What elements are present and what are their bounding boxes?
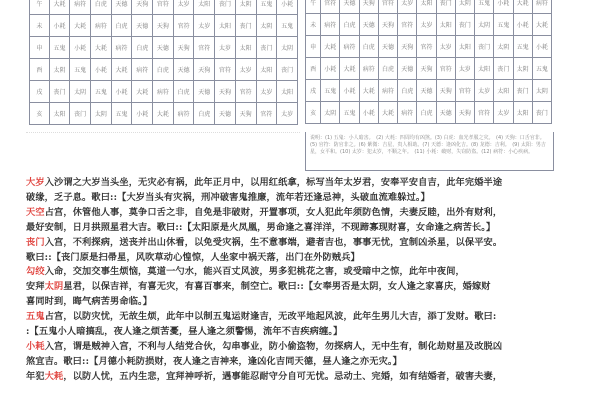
text-line: 大岁入沙谓之大岁当头坐，无灾必有祸，此年正月中，以用红纸拿，标写当年太岁君，安奉… [26, 176, 586, 191]
table-cell: 太阳 [494, 80, 513, 102]
text-segment: 入宫，不利探病，送丧并出山休看，以免受灾祸，生不意事端，避者吉也，事事无忧，宜制… [45, 237, 503, 248]
table-cell: 官符 [378, 0, 397, 14]
row-branch-label: 戌 [30, 81, 50, 103]
right-year-table: 午官符天德天狗官符太岁太阳丧门太阴五鬼小耗大耗病符未病符白虎天德天狗官符太岁太阳… [305, 0, 552, 124]
table-cell: 太岁 [455, 58, 474, 80]
table-cell: 五鬼 [91, 81, 112, 103]
table-cell: 白虎 [378, 58, 397, 80]
table-cell: 天狗 [173, 37, 194, 59]
table-cell: 官符 [436, 58, 455, 80]
table-cell: 丧门 [49, 81, 70, 103]
table-cell: 太岁 [398, 0, 417, 14]
table-notes: 说明：(1) 五鬼：小人暗害。 (2) 大耗：四周均有凶煞。(3) 白虎：血光孝… [305, 132, 554, 171]
table-cell: 大耗 [70, 15, 91, 37]
table-cell: 太阳 [49, 103, 70, 125]
table-cell: 天狗 [194, 59, 215, 81]
table-cell: 太阴 [235, 0, 256, 15]
table-cell: 小耗 [359, 102, 378, 124]
row-branch-label: 午 [30, 0, 50, 15]
table-cell: 丧门 [475, 36, 494, 58]
table-cell: 太阳 [417, 0, 436, 14]
left-year-table: 午大耗病符白虎天德天狗官符太岁太阳丧门太阴五鬼小耗未小耗大耗病符白虎天德天狗官符… [29, 0, 298, 125]
text-segment: 入宫，谓是贼神入宫，不利与人结党合伙，勾串事业，防小偷盗物，勿探病人，无中生有，… [45, 341, 503, 352]
text-segment: 歌曰::【丧门原是扫帚星，风吹草动心惶惊，人坐家中祸天落，出门在外防贼兵】 [26, 252, 360, 263]
table-cell: 病符 [378, 80, 397, 102]
text-line: 最好安制，日月拱照星君大吉。歌曰::【太阳原是火凤凰，男命逢之喜洋洋，不现蹄寡现… [26, 221, 586, 236]
table-cell: 小耗 [111, 81, 132, 103]
table-row: 午官符天德天狗官符太岁太阳丧门太阴五鬼小耗大耗病符 [306, 0, 552, 14]
table-cell: 病符 [340, 36, 359, 58]
table-cell: 病符 [173, 103, 194, 125]
table-cell: 大耗 [91, 37, 112, 59]
text-line: 歌曰::【丧门原是扫帚星，风吹草动心惶惊，人坐家中祸天落，出门在外防贼兵】 [26, 251, 586, 266]
row-branch-label: 亥 [30, 103, 50, 125]
table-cell: 病符 [398, 102, 417, 124]
table-cell: 五鬼 [532, 58, 551, 80]
row-branch-label: 未 [30, 15, 50, 37]
table-cell: 小耗 [513, 14, 532, 36]
table-cell: 小耗 [91, 59, 112, 81]
highlight-term: 五鬼 [26, 311, 45, 322]
table-cell: 天德 [378, 36, 397, 58]
table-cell: 病符 [132, 59, 153, 81]
table-cell: 官符 [173, 15, 194, 37]
table-cell: 太阳 [475, 58, 494, 80]
table-cell: 病符 [70, 0, 91, 15]
table-cell: 白虎 [194, 103, 215, 125]
table-cell: 丧门 [256, 37, 277, 59]
table-row: 午大耗病符白虎天德天狗官符太岁太阳丧门太阴五鬼小耗 [30, 0, 298, 15]
table-cell: 官符 [194, 37, 215, 59]
text-segment: 安拜 [26, 281, 45, 292]
table-cell: 病符 [111, 37, 132, 59]
text-segment: 喜同时到，晦气病苦男命临。】 [26, 296, 152, 307]
row-branch-label: 申 [306, 36, 321, 58]
table-cell: 太岁 [436, 36, 455, 58]
text-line: 破缘，乏子息。歌曰::【大岁当头有灾祸，刑冲破害鬼推廉，流年若还逢忌神，头破血流… [26, 191, 586, 206]
table-cell: 天狗 [417, 58, 436, 80]
table-row: 申五鬼小耗大耗病符白虎天德天狗官符太岁太阳丧门太阴 [30, 37, 298, 59]
table-cell: 五鬼 [494, 14, 513, 36]
text-line: 小耗入宫，谓是贼神入宫，不利与人结党合伙，勾串事业，防小偷盗物，勿探病人，无中生… [26, 340, 586, 355]
table-cell: 白虎 [153, 59, 174, 81]
table-cell: 五鬼 [321, 80, 340, 102]
table-cell: 太阴 [70, 81, 91, 103]
table-cell: 大耗 [321, 36, 340, 58]
table-cell: 官符 [153, 0, 174, 15]
table-cell: 太阳 [235, 37, 256, 59]
table-cell: 小耗 [532, 36, 551, 58]
table-cell: 五鬼 [513, 36, 532, 58]
table-cell: 太阴 [494, 36, 513, 58]
table-cell: 太阳 [455, 36, 474, 58]
table-cell: 丧门 [235, 15, 256, 37]
table-cell: 太岁 [215, 37, 236, 59]
table-cell: 大耗 [111, 59, 132, 81]
highlight-term: 小耗 [26, 341, 45, 352]
table-cell: 小耗 [494, 0, 513, 14]
table-cell: 天德 [194, 81, 215, 103]
highlight-term: 大岁 [26, 177, 45, 188]
highlight-term: 太阴 [45, 281, 64, 292]
table-cell: 天狗 [215, 81, 236, 103]
table-cell: 太阳 [513, 102, 532, 124]
table-cell: 大耗 [378, 102, 397, 124]
table-row: 未病符白虎天德天狗官符太岁太阳丧门太阴五鬼小耗大耗 [306, 14, 552, 36]
table-cell: 太岁 [235, 59, 256, 81]
table-cell: 丧门 [277, 59, 298, 81]
table-cell: 天狗 [398, 36, 417, 58]
table-cell: 天狗 [378, 14, 397, 36]
table-cell: 太岁 [417, 14, 436, 36]
text-segment: 占宫，休管他人事，莫争口舌之非，自免是非破财，开置事项，女人犯此年须防色情，夫妻… [45, 207, 503, 218]
text-segment: ，以防人忧，五内生悲，宜拜神呼祈，遇事能忍耐守分自可无忧。忌动土、完婚，如有结婚… [63, 371, 502, 382]
table-cell: 太阴 [277, 37, 298, 59]
table-cell: 太阴 [49, 59, 70, 81]
table-row: 戌丧门太阴五鬼小耗大耗病符白虎天德天狗官符太岁太阳 [30, 81, 298, 103]
table-cell: 大耗 [153, 103, 174, 125]
table-cell: 五鬼 [277, 15, 298, 37]
table-cell: 白虎 [111, 15, 132, 37]
table-cell: 太阳 [194, 0, 215, 15]
row-branch-label: 酉 [30, 59, 50, 81]
table-cell: 丧门 [215, 0, 236, 15]
table-cell: 大耗 [513, 0, 532, 14]
table-cell: 太岁 [256, 81, 277, 103]
table-cell: 小耗 [277, 0, 298, 15]
table-cell: 丧门 [70, 103, 91, 125]
table-bottom-edge [26, 130, 300, 133]
table-cell: 大耗 [49, 0, 70, 15]
table-cell: 太岁 [194, 15, 215, 37]
row-branch-label: 午 [306, 0, 321, 14]
table-cell: 白虎 [398, 80, 417, 102]
table-cell: 天德 [398, 58, 417, 80]
text-line: 勾绞入命，交加交事生烦恼，莫道一勺水，能兴百丈风波，男多犯桃花之害，或受暗中之惊… [26, 265, 586, 280]
table-cell: 太岁 [173, 0, 194, 15]
table-cell: 病符 [532, 0, 551, 14]
text-segment: 最好安制，日月拱照星君大吉。歌曰::【太阳原是火凤凰，男命逢之喜洋洋，不现蹄寡现… [26, 222, 495, 233]
table-cell: 太阴 [256, 15, 277, 37]
table-cell: 天德 [132, 15, 153, 37]
table-cell: 小耗 [70, 37, 91, 59]
text-segment: 入沙谓之大岁当头坐，无灾必有祸，此年正月中，以用红纸拿，标写当年太岁君，安奉平安… [45, 177, 503, 188]
highlight-term: 勾绞 [26, 266, 45, 277]
text-segment: 年犯 [26, 371, 45, 382]
table-cell: 白虎 [91, 0, 112, 15]
table-cell: 病符 [359, 58, 378, 80]
table-cell: 病符 [153, 81, 174, 103]
table-cell: 太阴 [91, 103, 112, 125]
table-cell: 官符 [235, 81, 256, 103]
text-segment: 占宫，以防灾忧，无故生烦，此年中以制五鬼运财逢吉，无改平地起风波，此年生男儿大吉… [45, 311, 497, 322]
table-cell: 大耗 [132, 81, 153, 103]
row-branch-label: 未 [306, 14, 321, 36]
table-cell: 五鬼 [111, 103, 132, 125]
table-row: 酉小耗大耗病符白虎天德天狗官符太岁太阳丧门太阴五鬼 [306, 58, 552, 80]
table-cell: 丧门 [513, 80, 532, 102]
table-cell: 病符 [321, 14, 340, 36]
row-branch-label: 亥 [306, 102, 321, 124]
table-cell: 天狗 [455, 102, 474, 124]
text-line: :【五鬼小人暗搞乱，夜人逢之烦苦憂，昼人逢之须警惕，流年不吉疾病缠。】 [26, 325, 586, 340]
table-cell: 太阴 [513, 58, 532, 80]
highlight-term: 大耗 [45, 371, 64, 382]
table-cell: 官符 [256, 103, 277, 125]
table-cell: 太阳 [256, 59, 277, 81]
table-cell: 太岁 [494, 102, 513, 124]
table-cell: 丧门 [455, 14, 474, 36]
text-segment: :【五鬼小人暗搞乱，夜人逢之烦苦憂，昼人逢之须警惕，流年不吉疾病缠。】 [26, 326, 342, 337]
table-cell: 天德 [436, 102, 455, 124]
row-branch-label: 酉 [306, 58, 321, 80]
table-row: 戌五鬼小耗大耗病符白虎天德天狗官符太岁太阳丧门太阴 [306, 80, 552, 102]
row-branch-label: 申 [30, 37, 50, 59]
highlight-term: 丧门 [26, 237, 45, 248]
table-cell: 大耗 [532, 14, 551, 36]
table-cell: 病符 [91, 15, 112, 37]
table-cell: 五鬼 [340, 102, 359, 124]
table-cell: 丧门 [494, 58, 513, 80]
table-cell: 天德 [340, 0, 359, 14]
table-cell: 五鬼 [70, 59, 91, 81]
table-cell: 白虎 [417, 102, 436, 124]
table-cell: 官符 [398, 14, 417, 36]
table-cell: 天狗 [359, 0, 378, 14]
text-line: 天空占宫，休管他人事，莫争口舌之非，自免是非破财，开置事项，女人犯此年须防色情，… [26, 206, 586, 221]
highlight-term: 天空 [26, 207, 45, 218]
table-cell: 太阳 [436, 14, 455, 36]
text-line: 五鬼占宫，以防灾忧，无故生烦，此年中以制五鬼运财逢吉，无改平地起风波，此年生男儿… [26, 310, 586, 325]
text-line: 年犯大耗，以防人忧，五内生悲，宜拜神呼祈，遇事能忍耐守分自可无忧。忌动土、完婚，… [26, 370, 586, 385]
table-cell: 天狗 [436, 80, 455, 102]
table-cell: 丧门 [532, 102, 551, 124]
table-cell: 官符 [475, 102, 494, 124]
table-cell: 白虎 [173, 81, 194, 103]
text-line: 丧门入宫，不利探病，送丧并出山休看，以免受灾祸，生不意事端，避者吉也，事事无忧，… [26, 236, 586, 251]
table-cell: 太阳 [215, 15, 236, 37]
table-cell: 小耗 [49, 15, 70, 37]
table-row: 酉太阴五鬼小耗大耗病符白虎天德天狗官符太岁太阳丧门 [30, 59, 298, 81]
text-line: 安拜太阴星君，以保吉祥，有喜无灾，有喜百事来，制空亡。歌曰::【女奉男否是太阴，… [26, 280, 586, 295]
table-cell: 白虎 [132, 37, 153, 59]
table-cell: 太阳 [277, 81, 298, 103]
table-cell: 天德 [111, 0, 132, 15]
table-row: 未小耗大耗病符白虎天德天狗官符太岁太阳丧门太阴五鬼 [30, 15, 298, 37]
table-cell: 天德 [153, 37, 174, 59]
table-cell: 官符 [215, 59, 236, 81]
table-cell: 丧门 [436, 0, 455, 14]
table-cell: 太阴 [455, 0, 474, 14]
table-cell: 五鬼 [475, 0, 494, 14]
table-row: 申大耗病符白虎天德天狗官符太岁太阳丧门太阴五鬼小耗 [306, 36, 552, 58]
table-cell: 五鬼 [256, 0, 277, 15]
table-cell: 太岁 [277, 103, 298, 125]
table-cell: 天德 [417, 80, 436, 102]
table-cell: 天狗 [132, 0, 153, 15]
table-cell: 小耗 [132, 103, 153, 125]
table-cell: 大耗 [340, 58, 359, 80]
text-segment: 星君，以保吉祥，有喜无灾，有喜百事来，制空亡。歌曰::【女奉男否是太阴，女人逢之… [63, 281, 490, 292]
table-cell: 五鬼 [49, 37, 70, 59]
text-segment: 煞宜吉。歌曰::【月德小耗防损财，夜人逢之吉神来，逢凶化吉同天德，昼人逢之亦无灾… [26, 356, 402, 367]
table-cell: 太岁 [475, 80, 494, 102]
table-row: 亥太阳丧门太阴五鬼小耗大耗病符白虎天德天狗官符太岁 [30, 103, 298, 125]
table-cell: 天德 [215, 103, 236, 125]
table-cell: 太阴 [532, 80, 551, 102]
table-cell: 太阴 [321, 102, 340, 124]
table-cell: 官符 [417, 36, 436, 58]
text-line: 煞宜吉。歌曰::【月德小耗防损财，夜人逢之吉神来，逢凶化吉同天德，昼人逢之亦无灾… [26, 355, 586, 370]
table-cell: 小耗 [321, 58, 340, 80]
table-cell: 天德 [359, 14, 378, 36]
text-segment: 破缘，乏子息。歌曰::【大岁当头有灾祸，刑冲破害鬼推廉，流年若还逢忌神，头破血流… [26, 192, 430, 203]
text-line: 喜同时到，晦气病苦男命临。】 [26, 295, 586, 310]
table-row: 亥太阴五鬼小耗大耗病符白虎天德天狗官符太岁太阳丧门 [306, 102, 552, 124]
text-segment: 入命，交加交事生烦恼，莫道一勺水，能兴百丈风波，男多犯桃花之害，或受暗中之惊，此… [45, 266, 465, 277]
table-cell: 白虎 [340, 14, 359, 36]
table-cell: 官符 [455, 80, 474, 102]
table-cell: 官符 [321, 0, 340, 14]
row-branch-label: 戌 [306, 80, 321, 102]
table-cell: 白虎 [359, 36, 378, 58]
table-cell: 天狗 [153, 15, 174, 37]
table-cell: 小耗 [340, 80, 359, 102]
table-cell: 太阴 [475, 14, 494, 36]
table-cell: 大耗 [359, 80, 378, 102]
table-cell: 天德 [173, 59, 194, 81]
table-cell: 天狗 [235, 103, 256, 125]
